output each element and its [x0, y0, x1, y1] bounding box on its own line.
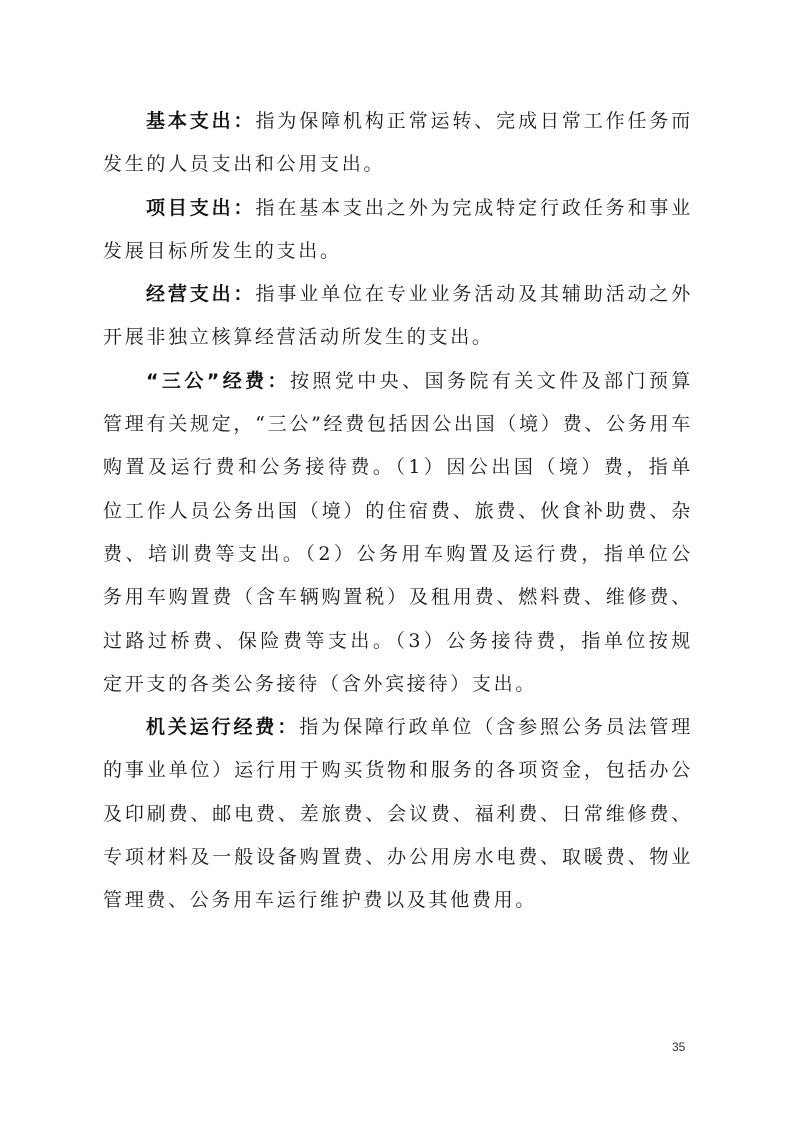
term-operating-expenditure: 经营支出：	[146, 283, 255, 305]
term-agency-operating-funds: 机关运行经费：	[146, 716, 299, 738]
document-page: 基本支出：指为保障机构正常运转、完成日常工作任务而发生的人员支出和公用支出。 项…	[103, 100, 693, 923]
definition-agency-operating-funds: 指为保障行政单位（含参照公务员法管理的事业单位）运行用于购买货物和服务的各项资金…	[103, 716, 693, 911]
term-basic-expenditure: 基本支出：	[146, 110, 255, 132]
paragraph-three-public-expenses: “三公”经费：按照党中央、国务院有关文件及部门预算管理有关规定，“三公”经费包括…	[103, 360, 693, 706]
definition-three-public-expenses: 按照党中央、国务院有关文件及部门预算管理有关规定，“三公”经费包括因公出国（境）…	[103, 370, 693, 695]
term-project-expenditure: 项目支出：	[146, 197, 255, 219]
paragraph-operating-expenditure: 经营支出：指事业单位在专业业务活动及其辅助活动之外开展非独立核算经营活动所发生的…	[103, 273, 693, 360]
term-three-public-expenses: “三公”经费：	[146, 370, 290, 392]
paragraph-project-expenditure: 项目支出：指在基本支出之外为完成特定行政任务和事业发展目标所发生的支出。	[103, 187, 693, 274]
paragraph-basic-expenditure: 基本支出：指为保障机构正常运转、完成日常工作任务而发生的人员支出和公用支出。	[103, 100, 693, 187]
page-number: 35	[672, 1040, 685, 1054]
paragraph-agency-operating-funds: 机关运行经费：指为保障行政单位（含参照公务员法管理的事业单位）运行用于购买货物和…	[103, 706, 693, 922]
